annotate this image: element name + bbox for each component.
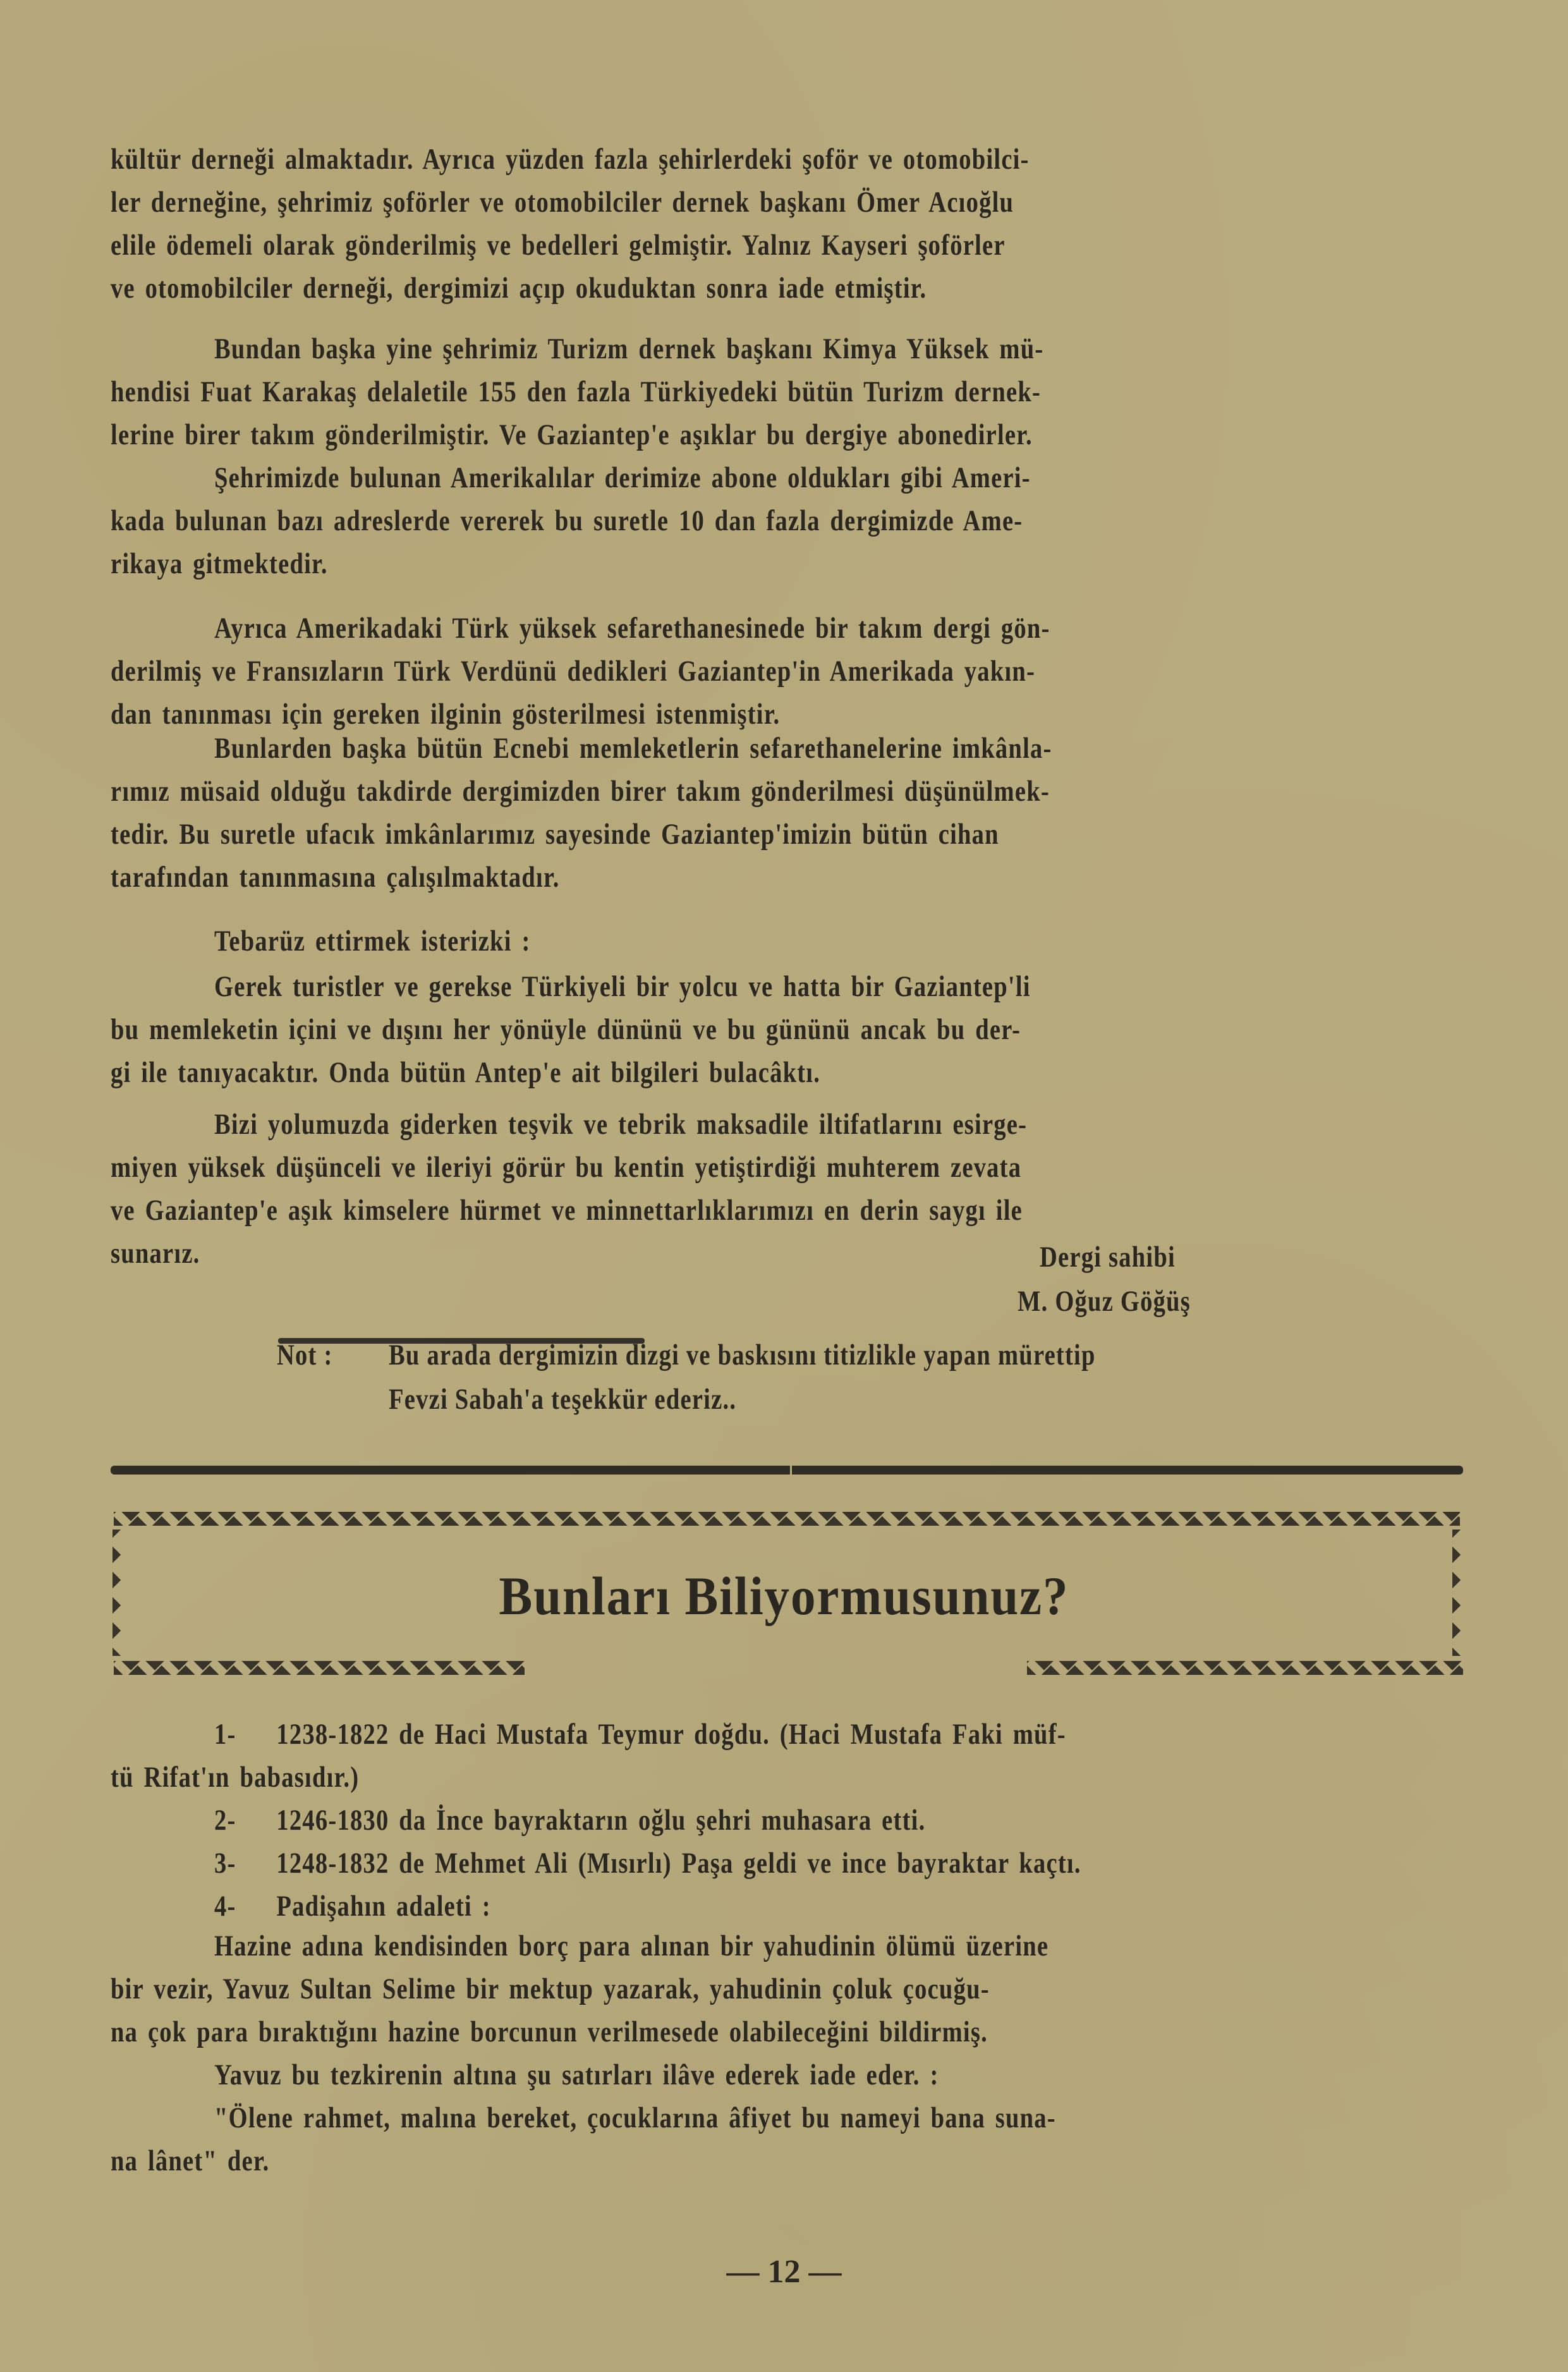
text-line: bu memleketin içini ve dışını her yönüyl… [111, 1008, 1220, 1051]
text-line: Ayrıca Amerikadaki Türk yüksek sefaretha… [111, 607, 1220, 650]
text-line: "Ölene rahmet, malına bereket, çocukları… [111, 2096, 1220, 2139]
fact-text: tü Rifat'ın babasıdır.) [111, 1756, 1220, 1799]
paragraph-3: Şehrimizde bulunan Amerikalılar derimize… [111, 456, 1463, 585]
text-line: lerine birer takım gönderilmiştir. Ve Ga… [111, 413, 1220, 456]
text-line: rikaya gitmektedir. [111, 542, 1220, 585]
fact-item-2: 2-1246-1830 da İnce bayraktarın oğlu şeh… [111, 1799, 1220, 1842]
text-line: Hazine adına kendisinden borç para alına… [111, 1925, 1220, 1968]
fact-list: 1-1238-1822 de Haci Mustafa Teymur doğdu… [111, 1713, 1463, 1928]
signature-name: M. Oğuz Göğüş [1018, 1280, 1191, 1323]
text-line: gi ile tanıyacaktır. Onda bütün Antep'e … [111, 1051, 1220, 1094]
magazine-page: kültür derneği almaktadır. Ayrıca yüzden… [0, 0, 1568, 2372]
ornament-border-bottom-right [1027, 1661, 1463, 1675]
fact-number: 2- [214, 1799, 276, 1842]
page-number: — 12 — [0, 2253, 1568, 2290]
text-line: bir vezir, Yavuz Sultan Selime bir mektu… [111, 1968, 1220, 2010]
fact-item-4: 4-Padişahın adaleti : [111, 1885, 1220, 1928]
paragraph-8: Bizi yolumuzda giderken teşvik ve tebrik… [111, 1103, 1463, 1275]
fact-number: 4- [214, 1885, 276, 1928]
section-divider [111, 1466, 1463, 1475]
text-line: Yavuz bu tezkirenin altına şu satırları … [111, 2053, 1220, 2096]
text-line: na lânet" der. [111, 2139, 1220, 2182]
paragraph-2: Bundan başka yine şehrimiz Turizm dernek… [111, 327, 1463, 456]
text-line: ler derneğine, şehrimiz şoförler ve otom… [111, 181, 1220, 224]
fact-text: Padişahın adaleti : [276, 1890, 490, 1923]
text-line: hendisi Fuat Karakaş delaletile 155 den … [111, 370, 1220, 413]
paragraph-5: Bunlarden başka bütün Ecnebi memleketler… [111, 727, 1463, 899]
text-line: kada bulunan bazı adreslerde vererek bu … [111, 499, 1220, 542]
ornament-border-top [114, 1512, 1460, 1526]
paragraph-1: kültür derneği almaktadır. Ayrıca yüzden… [111, 138, 1463, 310]
text-line: rımız müsaid olduğu takdirde dergimizden… [111, 770, 1220, 813]
fact-number: 3- [214, 1842, 276, 1885]
section-title: Bunları Biliyormusunuz? [63, 1561, 1505, 1631]
text-line: tarafından tanınmasına çalışılmaktadır. [111, 856, 1220, 899]
note-line: Fevzi Sabah'a teşekkür ederiz.. [389, 1378, 736, 1421]
text-line: Bunlarden başka bütün Ecnebi memleketler… [111, 727, 1220, 770]
text-line: elile ödemeli olarak gönderilmiş ve bede… [111, 224, 1220, 267]
text-line: kültür derneği almaktadır. Ayrıca yüzden… [111, 138, 1220, 181]
fact-number: 1- [214, 1713, 276, 1756]
story: Hazine adına kendisinden borç para alına… [111, 1925, 1463, 2182]
signature-title: Dergi sahibi [1040, 1236, 1176, 1279]
paragraph-7: Gerek turistler ve gerekse Türkiyeli bir… [111, 965, 1463, 1094]
text-line: Bizi yolumuzda giderken teşvik ve tebrik… [111, 1103, 1220, 1146]
text-line: Tebarüz ettirmek isterizki : [111, 920, 1220, 963]
text-line: na çok para bıraktığını hazine borcunun … [111, 2010, 1220, 2053]
fact-text: 1248-1832 de Mehmet Ali (Mısırlı) Paşa g… [276, 1847, 1081, 1880]
fact-item-3: 3-1248-1832 de Mehmet Ali (Mısırlı) Paşa… [111, 1842, 1220, 1885]
text-line: Gerek turistler ve gerekse Türkiyeli bir… [111, 965, 1220, 1008]
note-line: Bu arada dergimizin dizgi ve baskısını t… [389, 1334, 1096, 1377]
text-line: derilmiş ve Fransızların Türk Verdünü de… [111, 650, 1220, 693]
text-line: tedir. Bu suretle ufacık imkânlarımız sa… [111, 813, 1220, 856]
text-line: Şehrimizde bulunan Amerikalılar derimize… [111, 456, 1220, 499]
fact-item-1: 1-1238-1822 de Haci Mustafa Teymur doğdu… [111, 1713, 1220, 1756]
note-label: Not : [277, 1334, 333, 1377]
text-line: miyen yüksek düşünceli ve ileriyi görür … [111, 1146, 1220, 1189]
text-line: Bundan başka yine şehrimiz Turizm dernek… [111, 327, 1220, 370]
text-line: ve Gaziantep'e aşık kimselere hürmet ve … [111, 1189, 1220, 1232]
paragraph-6: Tebarüz ettirmek isterizki : [111, 920, 1463, 963]
fact-text: 1246-1830 da İnce bayraktarın oğlu şehri… [276, 1804, 925, 1837]
ornament-border-bottom-left [114, 1661, 525, 1675]
fact-text: 1238-1822 de Haci Mustafa Teymur doğdu. … [276, 1718, 1066, 1751]
paragraph-4: Ayrıca Amerikadaki Türk yüksek sefaretha… [111, 607, 1463, 736]
text-line: ve otomobilciler derneği, dergimizi açıp… [111, 267, 1220, 310]
